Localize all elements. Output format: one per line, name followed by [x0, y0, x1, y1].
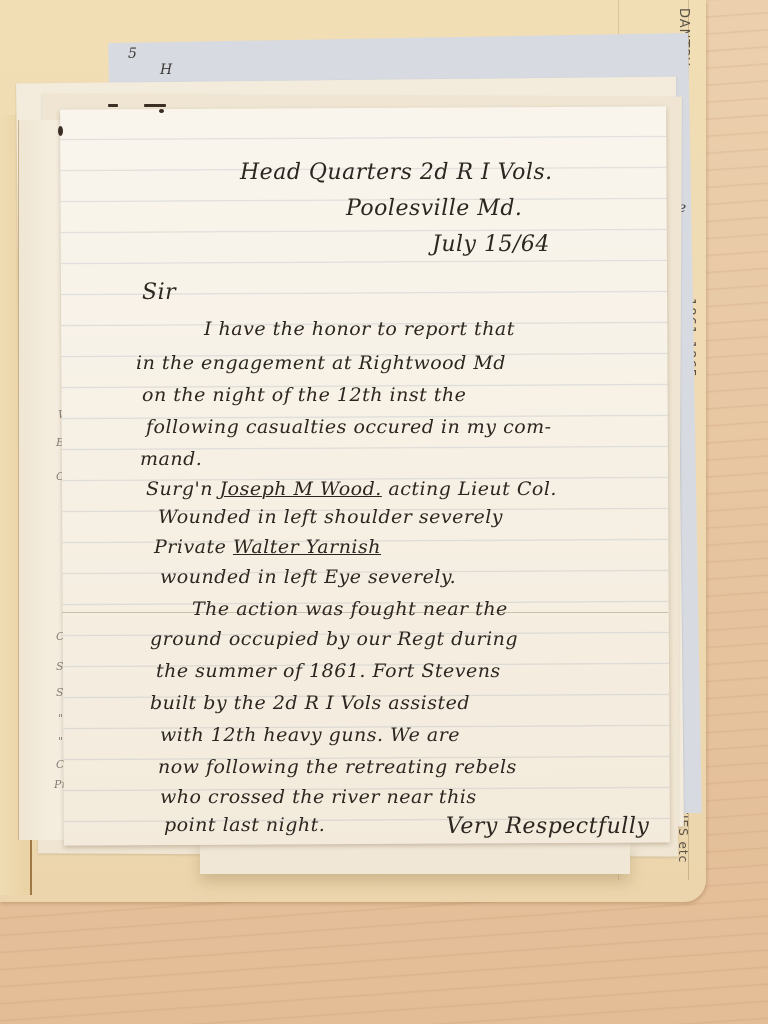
letter-closing-line: with 12th heavy guns. We are: [160, 724, 460, 746]
letter-heading-line2: Poolesville Md.: [346, 196, 522, 221]
casualty-1-wound: Wounded in left shoulder severely: [158, 506, 503, 528]
casualty-1-name: Joseph M Wood.: [220, 478, 382, 500]
ink-mark: [159, 109, 164, 113]
letter-heading-line1: Head Quarters 2d R I Vols.: [240, 160, 553, 185]
letter-closing-line: who crossed the river near this: [160, 786, 477, 808]
letter-body-line: in the engagement at Rightwood Md: [136, 352, 506, 374]
casualty-2-wound: wounded in left Eye severely.: [160, 566, 456, 588]
blue-sheet-fragment: 5: [128, 46, 137, 62]
casualty-2-name: Walter Yarnish: [233, 536, 381, 558]
letter-body-line: mand.: [140, 448, 202, 470]
ink-mark: [108, 104, 118, 107]
letter-body-line: following casualties occured in my com-: [146, 416, 552, 438]
letter-closing-line: ground occupied by our Regt during: [150, 628, 518, 650]
casualty-1-entry: Surg'n Joseph M Wood. acting Lieut Col.: [146, 478, 557, 500]
left-sheet-fragment: ": [58, 735, 63, 748]
ink-mark: [144, 104, 166, 107]
letter-closing-line: built by the 2d R I Vols assisted: [150, 692, 470, 714]
blue-sheet-fragment: H: [160, 62, 172, 78]
letter-closing-line: The action was fought near the: [192, 598, 508, 620]
letter-signoff: Very Respectfully: [446, 814, 649, 839]
letter-body-line: I have the honor to report that: [204, 318, 515, 340]
letter-date: July 15/64: [432, 232, 550, 257]
letter-closing-line: the summer of 1861. Fort Stevens: [156, 660, 501, 682]
casualty-1-role: acting Lieut Col.: [388, 478, 557, 500]
casualty-1-prefix: Surg'n: [146, 478, 213, 500]
letter-body-line: on the night of the 12th inst the: [142, 384, 466, 406]
letter-closing-line: now following the retreating rebels: [158, 756, 517, 778]
casualty-2-entry: Private Walter Yarnish: [154, 536, 381, 558]
letter-salutation: Sir: [142, 280, 176, 305]
ink-mark: [58, 126, 63, 136]
bottom-document-edge: [200, 840, 630, 874]
letter-closing-line: point last night.: [164, 814, 325, 836]
casualty-2-prefix: Private: [154, 536, 226, 558]
